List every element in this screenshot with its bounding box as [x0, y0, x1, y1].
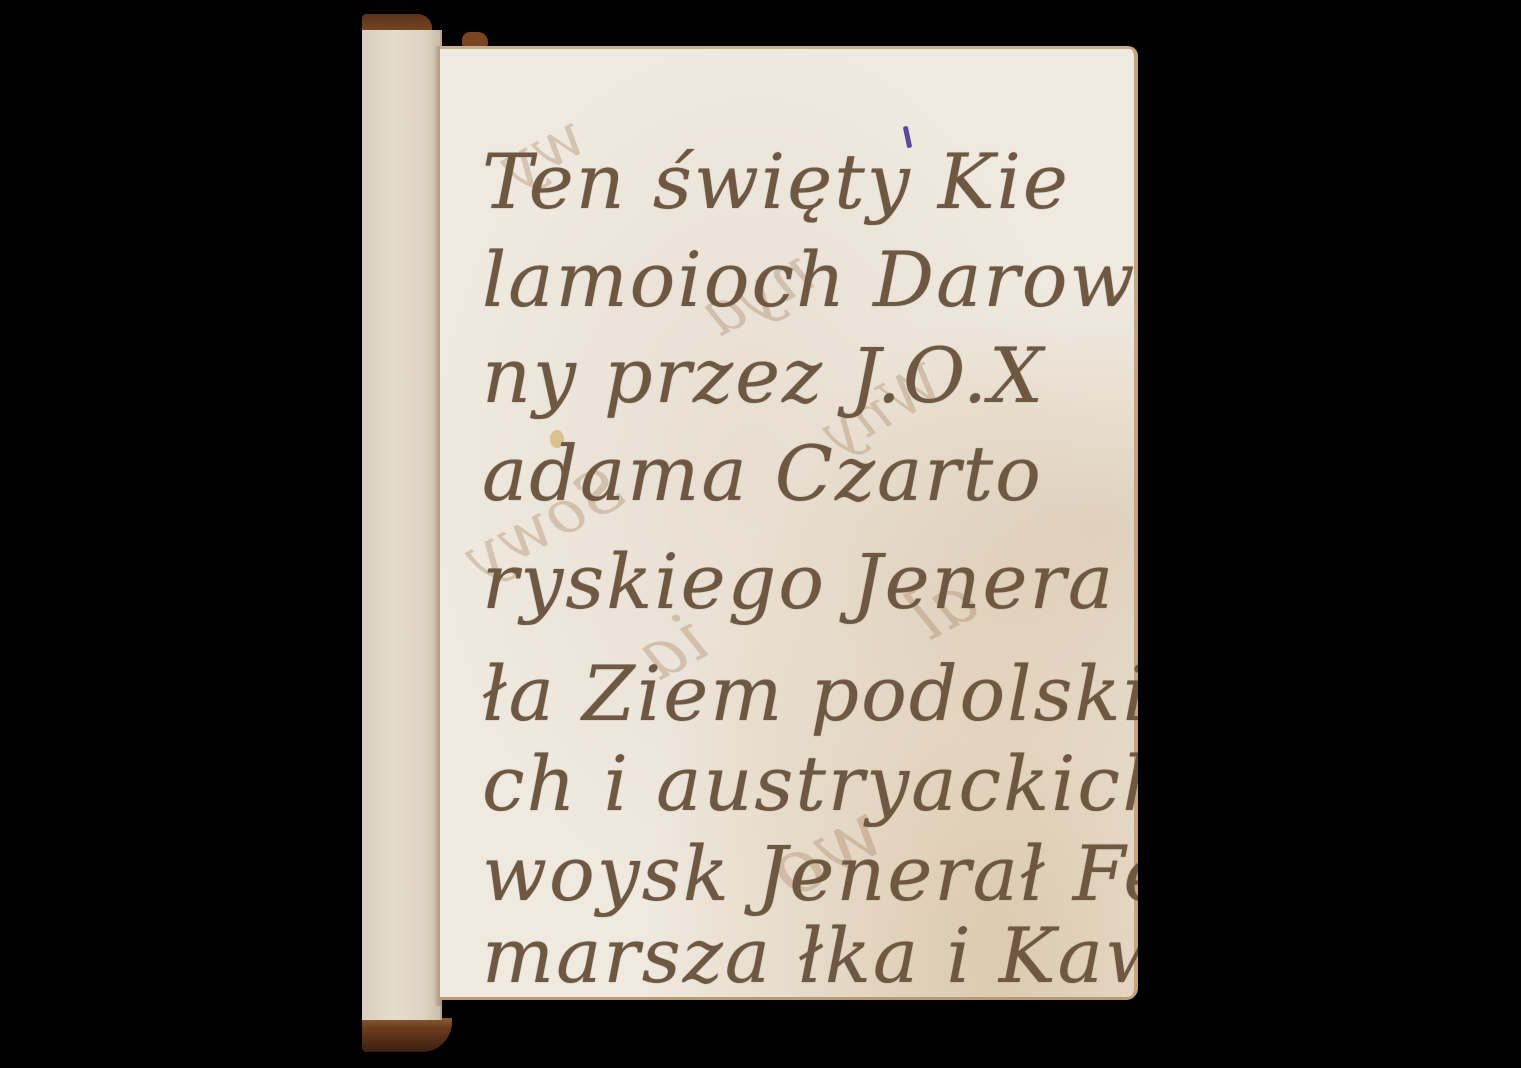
left-flyleaf [362, 30, 442, 1020]
inscription-line-1: Ten święty Kie [482, 144, 1070, 220]
manuscript-page: wy nya Wny Sowy ia al wo Ten święty Kie … [440, 46, 1138, 1000]
inscription-line-5: ryskiego Jenera [482, 544, 1115, 620]
leather-binding-bottom [362, 1018, 452, 1052]
handwritten-inscription: Ten święty Kie lamoioch Darowa ny przez … [440, 46, 1138, 1000]
inscription-line-2: lamoioch Darowa [482, 242, 1138, 318]
inscription-line-4: adama Czarto [482, 436, 1043, 512]
inscription-line-3: ny przez J.O.X [482, 338, 1045, 414]
leather-binding-tab [462, 32, 488, 46]
inscription-line-8: woysk Jenerał Felt [482, 836, 1138, 912]
book-photograph: wy nya Wny Sowy ia al wo Ten święty Kie … [0, 0, 1521, 1068]
inscription-line-7: ch i austryackich [482, 746, 1138, 822]
inscription-line-6: ła Ziem podolskie [482, 656, 1138, 732]
inscription-line-9: marsza łka i Kawa [482, 918, 1138, 994]
